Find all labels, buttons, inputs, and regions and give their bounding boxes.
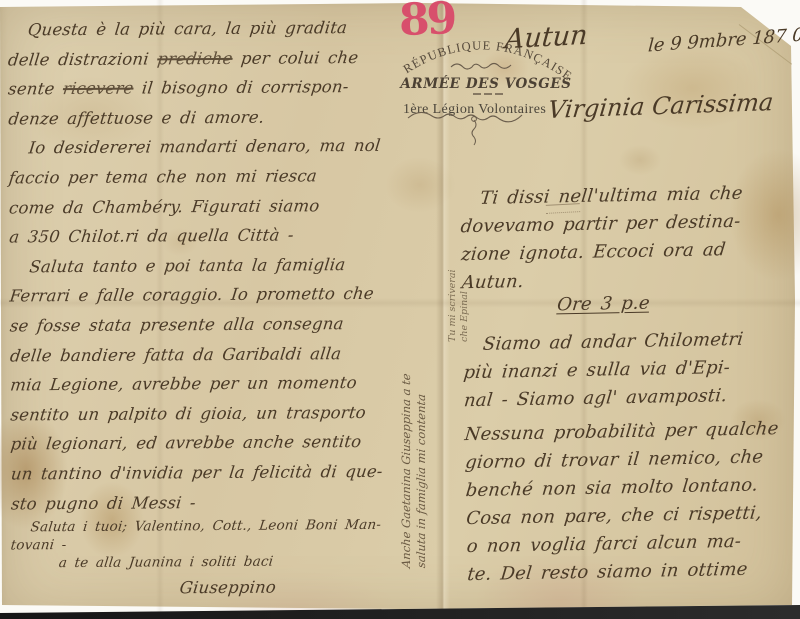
marginalia-line: saluta in famiglia mi contenta xyxy=(414,272,429,569)
letter-line: Io desidererei mandarti denaro, ma nol xyxy=(7,131,430,164)
letter-line-with-strikethrough: delle distrazioni prediche per colui che xyxy=(6,42,429,75)
letter-line-with-strikethrough: sente ricevere il bisogno di corrispon- xyxy=(7,72,430,105)
letter-line: denze affettuose e di amore. xyxy=(7,101,430,134)
letter-line: sto pugno di Messi - xyxy=(9,486,432,519)
line-post: per colui che xyxy=(232,48,360,68)
letter-line: se fosse stata presente alla consegna xyxy=(8,308,431,341)
letter-line: come da Chambéry. Figurati siamo xyxy=(7,190,430,223)
marginalia-line: che Epinal xyxy=(459,247,471,342)
signature: Giuseppino xyxy=(178,572,433,603)
right-page-text: Ti dissi nell'ultima mia che dovevamo pa… xyxy=(458,179,800,589)
struck-word: prediche xyxy=(156,48,233,68)
line-post: il bisogno di corrispon- xyxy=(132,77,349,98)
letter-line: sentito un palpito di gioia, un trasport… xyxy=(9,397,432,430)
letter-line: Questa è la più cara, la più gradita xyxy=(6,13,429,46)
pencil-insertion-mark xyxy=(546,203,580,214)
handwritten-place: Autun xyxy=(504,20,589,56)
marginalia-vertical-small: Tu mi scriverai che Epinal xyxy=(447,247,471,342)
closing-line: a te alla Juanina i soliti baci xyxy=(10,552,432,573)
letter-line: a 350 Chilot.ri da quella Città - xyxy=(8,220,431,253)
letter-scan: 89 RÉPUBLIQUE FRANÇAISE ARMÉE DES VOSGES… xyxy=(0,0,800,619)
left-page-text: Questa è la più cara, la più gradita del… xyxy=(6,13,430,605)
marginalia-line: Anche Gaetanina Giuseppina a te xyxy=(399,272,414,569)
line-pre: delle distrazioni xyxy=(7,49,158,69)
scroll-ornament-icon xyxy=(451,64,511,70)
struck-word: ricevere xyxy=(62,79,135,99)
letter-line: nal - Siamo agl' avamposti. xyxy=(463,381,800,415)
time-note: Ore 3 p.e xyxy=(556,287,799,320)
letter-line: più legionari, ed avrebbe anche sentito xyxy=(9,427,432,460)
marginalia-vertical: Anche Gaetanina Giuseppina a te saluta i… xyxy=(399,273,429,568)
letter-line: faccio per tema che non mi riesca xyxy=(7,160,430,193)
marginalia-line: Tu mi scriverai xyxy=(447,247,459,342)
letter-line: un tantino d'invidia per la felicità di … xyxy=(9,456,432,489)
letter-line: Ferrari e falle coraggio. Io prometto ch… xyxy=(8,279,431,312)
letter-line: delle bandiere fatta da Garibaldi alla xyxy=(8,338,431,371)
letter-line: Saluta tanto e poi tanta la famiglia xyxy=(8,249,431,282)
line-pre: sente xyxy=(7,79,64,98)
letter-line: mia Legione, avrebbe per un momento xyxy=(9,368,432,401)
